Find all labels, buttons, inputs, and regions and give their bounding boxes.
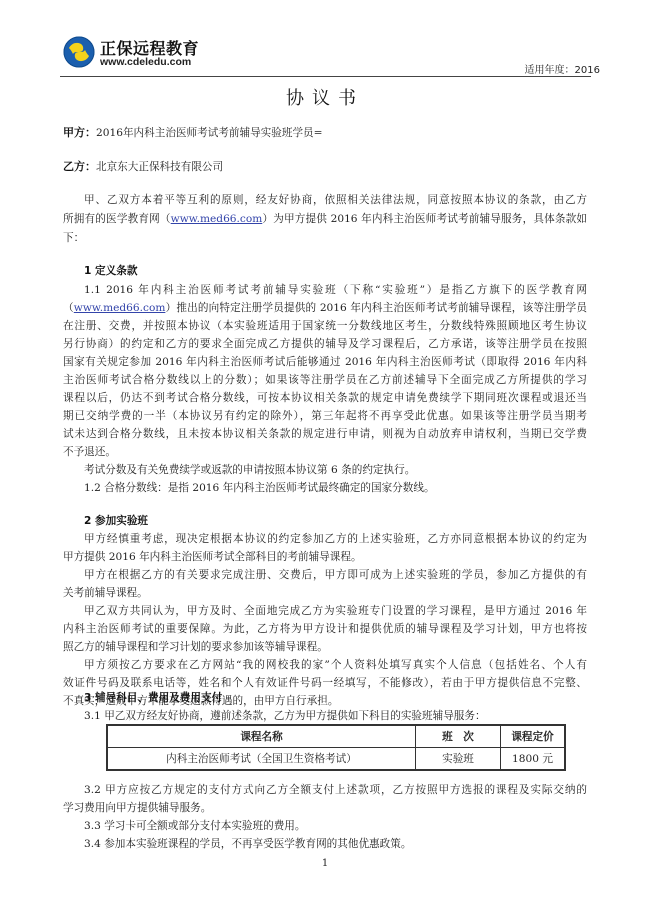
section-1-text: 考试分数及有关免费续学或返款的申请按照本协议第 6 条的约定执行。 xyxy=(63,461,587,479)
section-2-text: 照乙方的辅导课程和学习计划的要求参加该等辅导课程。 xyxy=(63,638,587,656)
party-b-value: 北京东大正保科技有限公司 xyxy=(96,161,223,173)
table-row: 内科主治医师考试（全国卫生资格考试） 实验班 1800 元 xyxy=(107,748,565,771)
party-a-label: 甲方： xyxy=(63,126,96,139)
section-1-text: 1.1 2016 年内科主治医师考试考前辅导实验班（下称“实验班”）是指乙方旗下… xyxy=(63,281,587,299)
applicable-year: 适用年度：2016 xyxy=(525,61,600,76)
table-header-class: 班 次 xyxy=(416,725,501,748)
section-2-text: 甲方提供 2016 年内科主治医师考试全部科目的考前辅导课程。 xyxy=(63,548,587,566)
section-1-text: 试未达到合格分数线，且未按本协议相关条款的规定进行申请，则视为自动放弃申请权利，… xyxy=(63,425,587,443)
logo-icon xyxy=(63,36,95,68)
intro-line: 所拥有的医学教育网（www.med66.com）为甲方提供 2016 年内科主治… xyxy=(63,210,587,228)
section-1-text: 课程以后，仍达不到考试合格分数线，可按本协议相关条款的规定申请免费续学下期同班次… xyxy=(63,389,587,407)
section-3-text: 3.3 学习卡可全额或部分支付本实验班的费用。 xyxy=(63,817,587,835)
table-header-course: 课程名称 xyxy=(107,725,416,748)
intro-line: 甲、乙双方本着平等互利的原则，经友好协商，依照相关法律法规，同意按照本协议的条款… xyxy=(63,191,587,209)
section-3-text: 3.2 甲方应按乙方规定的支付方式向乙方全额支付上述款项，乙方按照甲方选报的课程… xyxy=(63,781,587,799)
section-2-text: 甲方经慎重考虑，现决定根据本协议的约定参加乙方的上述实验班，乙方亦同意根据本协议… xyxy=(63,530,587,548)
table-header-price: 课程定价 xyxy=(501,725,566,748)
intro-text: 所拥有的医学教育网（ xyxy=(63,213,171,225)
section-1-text: 另行协商）的约定和乙方的要求全面完成乙方提供的辅导及学习课程后，乙方承诺，该等注… xyxy=(63,335,587,353)
brand-url: www.cdeledu.com xyxy=(100,56,191,68)
table-cell-price: 1800 元 xyxy=(501,748,566,771)
party-b-label: 乙方： xyxy=(63,160,96,173)
section-2-text: 甲乙双方共同认为，甲方及时、全面地完成乙方为实验班专门设置的学习课程，是甲方通过… xyxy=(63,602,587,620)
section-3-text: 3.1 甲乙双方经友好协商，遵前述条款，乙方为甲方提供如下科目的实验班辅导服务： xyxy=(63,707,587,725)
table-cell-course: 内科主治医师考试（全国卫生资格考试） xyxy=(107,748,416,771)
section-1-text: （www.med66.com）推出的向特定注册学员提供的 2016 年内科主治医… xyxy=(63,299,587,317)
table-header-row: 课程名称 班 次 课程定价 xyxy=(107,725,565,748)
party-a-value: 2016年内科主治医师考试考前辅导实验班学员= xyxy=(96,127,323,139)
fee-table: 课程名称 班 次 课程定价 内科主治医师考试（全国卫生资格考试） 实验班 180… xyxy=(106,724,566,771)
section-1-text: 在注册、交费，并按照本协议（本实验班适用于国家统一分数线地区考生，分数线特殊照顾… xyxy=(63,317,587,335)
section-1-text: 主治医师考试合格分数线以上的分数）；如果该等注册学员在乙方前述辅导下全面完成乙方… xyxy=(63,371,587,389)
section-1-text: 1.2 合格分数线：是指 2016 年内科主治医师考试最终确定的国家分数线。 xyxy=(63,479,587,497)
section-3-heading-text: 3 辅导科目、费用及费用支付 xyxy=(63,689,587,707)
party-a: 甲方：2016年内科主治医师考试考前辅导实验班学员= xyxy=(63,124,587,142)
intro-text: ）为甲方提供 2016 年内科主治医师考试考前辅导服务，具体条款如 xyxy=(262,213,587,225)
section-1-text: 期已交纳学费的一半（本协议另有约定的除外），第三年起将不再享受此优惠。如果该等注… xyxy=(63,407,587,425)
document-page: 正保远程教育 www.cdeledu.com 适用年度：2016 协议书 甲方：… xyxy=(0,0,650,919)
section-2-text: 甲方须按乙方要求在乙方网站“我的网校我的家”个人资料处填写真实个人信息（包括姓名… xyxy=(63,656,587,674)
section-2-heading: 2 参加实验班 xyxy=(63,512,587,530)
section-1-text: （ xyxy=(63,302,74,314)
section-2-text: 关考前辅导课程。 xyxy=(63,584,587,602)
med66-link[interactable]: www.med66.com xyxy=(171,213,263,225)
section-2-text: 内科主治医师考试的重要保障。为此，乙方将为甲方设计和提供优质的辅导课程及学习计划… xyxy=(63,620,587,638)
med66-link[interactable]: www.med66.com xyxy=(74,302,166,314)
page-number: 1 xyxy=(0,858,650,869)
section-1-text: 国家有关规定参加 2016 年内科主治医师考试后能够通过 2016 年内科主治医… xyxy=(63,353,587,371)
document-title: 协议书 xyxy=(0,84,650,110)
header-divider xyxy=(60,76,591,77)
intro-line: 下： xyxy=(63,229,587,247)
section-2-text: 甲方在根据乙方的有关要求完成注册、交费后，甲方即可成为上述实验班的学员，参加乙方… xyxy=(63,566,587,584)
party-b: 乙方：北京东大正保科技有限公司 xyxy=(63,158,587,176)
table-cell-class: 实验班 xyxy=(416,748,501,771)
section-1-heading: 1 定义条款 xyxy=(63,262,587,280)
page-header: 正保远程教育 www.cdeledu.com 适用年度：2016 xyxy=(60,34,600,76)
section-1-text: 不予退还。 xyxy=(63,443,587,461)
section-3-text: 学习费用向甲方提供辅导服务。 xyxy=(63,799,587,817)
section-3-text: 3.4 参加本实验班课程的学员，不再享受医学教育网的其他优惠政策。 xyxy=(63,835,587,853)
section-1-text: ）推出的向特定注册学员提供的 2016 年内科主治医师考试考前辅导课程，该等注册… xyxy=(165,302,587,314)
